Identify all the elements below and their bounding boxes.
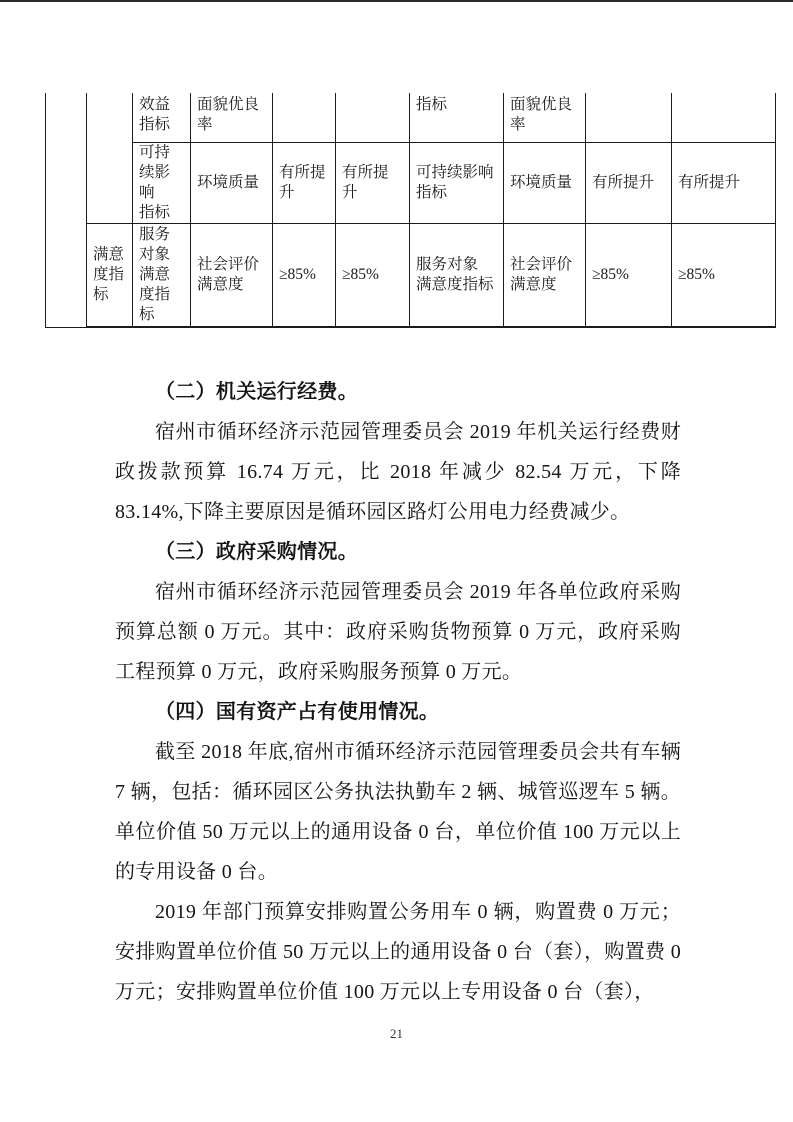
table-cell: 环境质量 <box>191 142 273 223</box>
page-top-edge-rule <box>0 0 793 2</box>
table-cell: 效益指标 <box>133 93 191 142</box>
table-cell: ≥85% <box>672 223 776 327</box>
table-cell <box>46 93 87 327</box>
section-heading-government-procurement: （三）政府采购情况。 <box>115 532 681 572</box>
table-row: 可持续影响 指标 环境质量 有所提升 有所提升 可持续影响 指标 环境质量 有所… <box>46 142 776 223</box>
section-heading-state-owned-assets: （四）国有资产占有使用情况。 <box>115 692 681 732</box>
table-cell: ≥85% <box>336 223 410 327</box>
table-cell: 可持续影响 指标 <box>133 142 191 223</box>
document-body: （二）机关运行经费。 宿州市循环经济示范园管理委员会 2019 年机关运行经费财… <box>115 372 681 1012</box>
table-cell: 有所提升 <box>672 142 776 223</box>
table-cell: 面貌优良率 <box>504 93 586 142</box>
table-cell: 有所提升 <box>336 142 410 223</box>
performance-indicators-table: 效益指标 面貌优良率 指标 面貌优良率 可持续影响 指标 环境质量 有所提升 有… <box>45 93 776 328</box>
table-cell: 有所提升 <box>273 142 336 223</box>
section-heading-agency-operating-costs: （二）机关运行经费。 <box>115 372 681 412</box>
table-cell <box>672 93 776 142</box>
paragraph-assets-planned: 2019 年部门预算安排购置公务用车 0 辆，购置费 0 万元；安排购置单位价值… <box>115 892 681 1012</box>
table-cell: 可持续影响 指标 <box>410 142 504 223</box>
table-cell: 社会评价 满意度 <box>504 223 586 327</box>
paragraph-procurement: 宿州市循环经济示范园管理委员会 2019 年各单位政府采购预算总额 0 万元。其… <box>115 572 681 692</box>
table-cell: 有所提升 <box>586 142 672 223</box>
table-cell: 服务对象 满意度指标 <box>410 223 504 327</box>
table-cell <box>336 93 410 142</box>
table-cell: 环境质量 <box>504 142 586 223</box>
page-number: 21 <box>0 1026 793 1042</box>
table-cell: 指标 <box>410 93 504 142</box>
table-cell: 满意度指标 <box>87 223 133 327</box>
table-cell: ≥85% <box>586 223 672 327</box>
document-page: 效益指标 面貌优良率 指标 面貌优良率 可持续影响 指标 环境质量 有所提升 有… <box>0 0 793 1122</box>
paragraph-assets-current: 截至 2018 年底,宿州市循环经济示范园管理委员会共有车辆 7 辆，包括：循环… <box>115 732 681 892</box>
table-cell <box>87 93 133 223</box>
table-cell: 服务对象 满意度指标 <box>133 223 191 327</box>
table-cell: 社会评价 满意度 <box>191 223 273 327</box>
paragraph-operating-costs: 宿州市循环经济示范园管理委员会 2019 年机关运行经费财政拨款预算 16.74… <box>115 412 681 532</box>
table-row: 满意度指标 服务对象 满意度指标 社会评价 满意度 ≥85% ≥85% 服务对象… <box>46 223 776 327</box>
table-cell <box>273 93 336 142</box>
table-cell <box>586 93 672 142</box>
table-row: 效益指标 面貌优良率 指标 面貌优良率 <box>46 93 776 142</box>
table-cell: 面貌优良率 <box>191 93 273 142</box>
table-cell: ≥85% <box>273 223 336 327</box>
